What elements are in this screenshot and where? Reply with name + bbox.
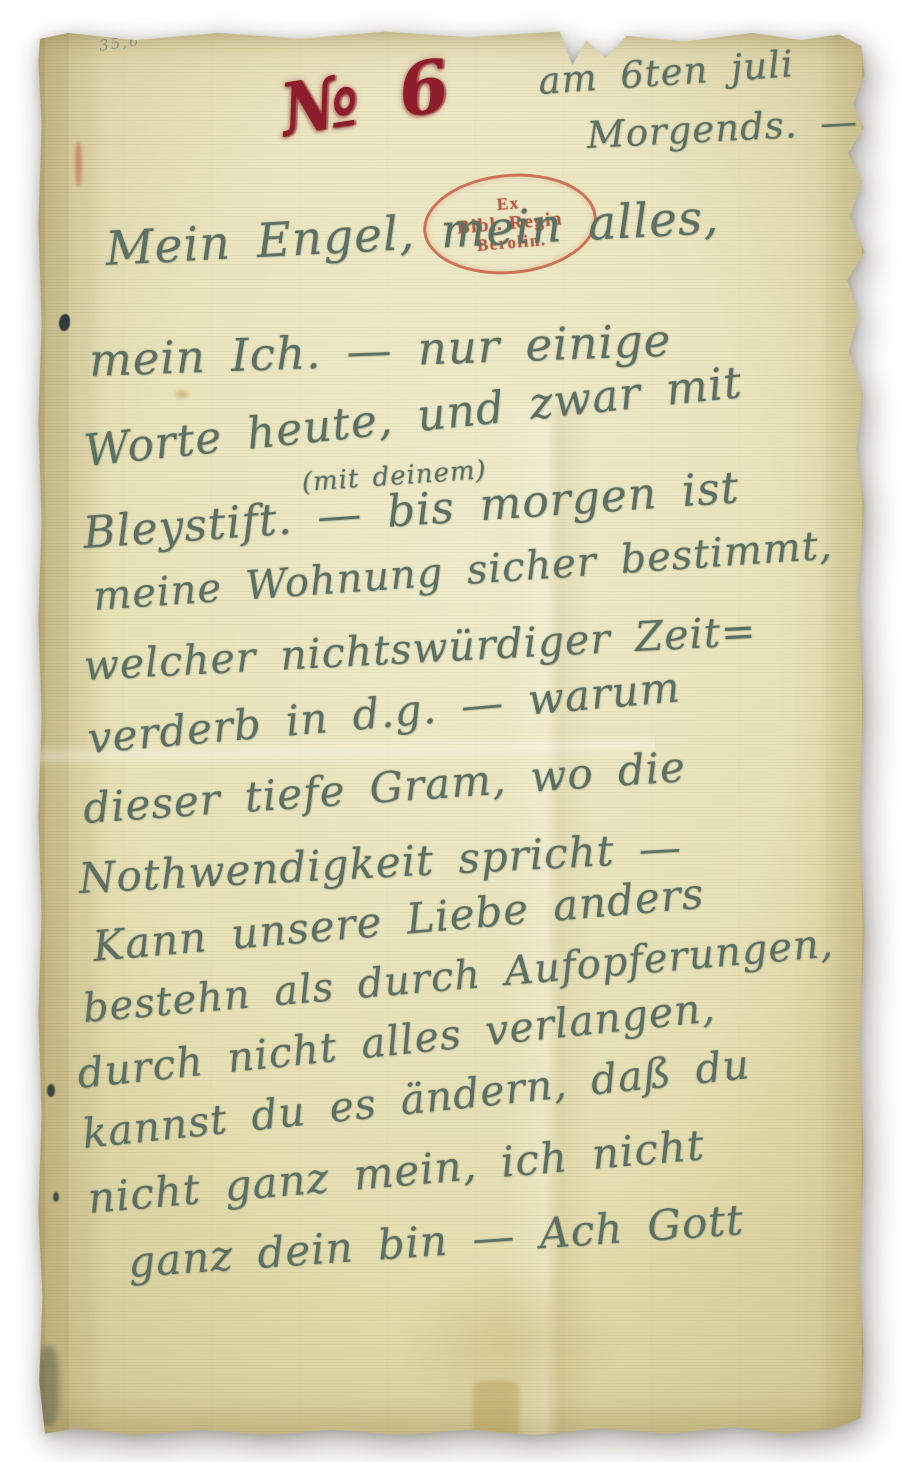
stain-bottom-patch xyxy=(473,1381,519,1445)
letter-paper-sheet: 35,6 № 6 Ex Bibl. Regia Berolin. am 6ten… xyxy=(35,26,868,1438)
catalog-number-red-crayon: № 6 xyxy=(274,41,463,153)
stain-bottom-center xyxy=(395,1266,625,1416)
scanned-letter-scene: 35,6 № 6 Ex Bibl. Regia Berolin. am 6ten… xyxy=(0,0,900,1462)
red-smear-left-edge xyxy=(75,141,82,187)
paper-shadow-wrap: 35,6 № 6 Ex Bibl. Regia Berolin. am 6ten… xyxy=(0,0,900,1462)
dateline-line-1: am 6ten juli xyxy=(537,42,795,103)
ink-speck-left-lower xyxy=(53,1192,59,1202)
ink-speck-left-top xyxy=(59,314,70,331)
stain-small-dot xyxy=(173,388,191,401)
smear-bottom-left-corner xyxy=(37,1346,59,1426)
dateline-line-2: Morgends. — xyxy=(586,100,859,157)
letter-line: Mein Engel, mein alles, xyxy=(104,190,720,277)
pencil-folio-number: 35,6 xyxy=(98,31,142,55)
ink-speck-left-mid xyxy=(47,1084,55,1097)
